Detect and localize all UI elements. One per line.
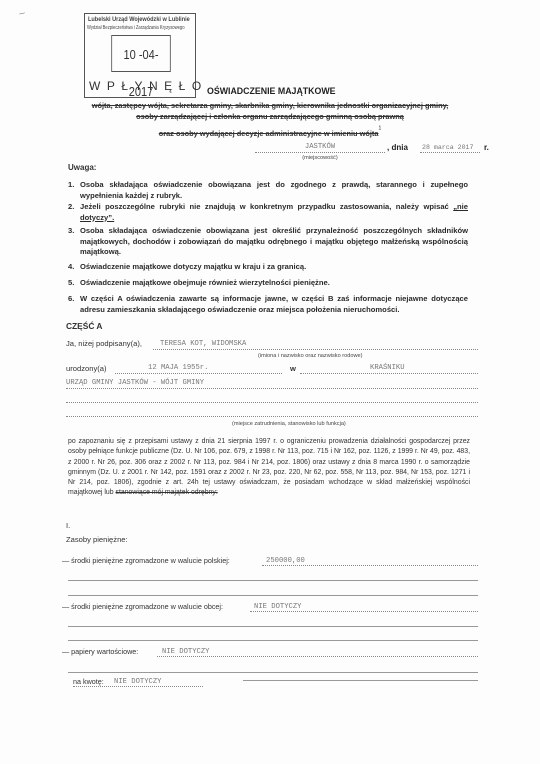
legal-paragraph: po zapoznaniu się z przepisami ustawy z … bbox=[68, 437, 470, 499]
received-stamp: Lubelski Urząd Wojewódzki w Lublinie Wyd… bbox=[84, 13, 196, 98]
date-suffix: r. bbox=[484, 143, 489, 152]
signatory-label: Ja, niżej podpisany(a), bbox=[66, 339, 142, 348]
subtitle-line-2: osoby zarządzającej i członka organu zar… bbox=[0, 112, 540, 121]
notes-heading: Uwaga: bbox=[68, 163, 96, 172]
amount-value: NIE DOTYCZY bbox=[114, 678, 161, 686]
note-3: 3. Osoba składająca oświadczenie obowiąz… bbox=[68, 226, 468, 258]
place-caption: (miejscowość) bbox=[255, 155, 385, 161]
born-in-label: w bbox=[290, 364, 296, 373]
section-i-heading: I. bbox=[66, 521, 70, 530]
date-value: 28 marca 2017 bbox=[422, 144, 473, 151]
securities-label: — papiery wartościowe: bbox=[62, 647, 138, 656]
born-date: 12 MAJA 1955r. bbox=[148, 364, 208, 372]
document-title: OŚWIADCZENIE MAJĄTKOWE bbox=[207, 86, 336, 96]
born-label: urodzony(a) bbox=[66, 364, 107, 373]
stamp-received: WPŁYNĘŁO bbox=[89, 79, 208, 93]
section-i-title: Zasoby pieniężne: bbox=[66, 535, 128, 544]
pln-label: — środki pieniężne zgromadzone w walucie… bbox=[62, 556, 230, 565]
stamp-date: 10 -04- 2017 bbox=[111, 35, 171, 72]
subtitle-line-3-wrap: oraz osoby wydającej decyzje administrac… bbox=[0, 123, 540, 141]
date-prefix: , dnia bbox=[387, 143, 408, 152]
foreign-label: — środki pieniężne zgromadzone w walucie… bbox=[62, 602, 223, 611]
employment-value: URZĄD GMINY JASTKÓW - WÓJT GMINY bbox=[66, 379, 204, 387]
note-4: 4. Oświadczenie majątkowe dotyczy majątk… bbox=[68, 262, 468, 273]
part-a-heading: CZĘŚĆ A bbox=[66, 321, 102, 331]
signatory-value: TERESA KOT, WIDOMSKA bbox=[160, 340, 246, 348]
amount-label: na kwotę: bbox=[73, 677, 104, 686]
note-1: 1. Osoba składająca oświadczenie obowiąz… bbox=[68, 180, 468, 201]
corner-pen-mark: ~ bbox=[18, 7, 27, 20]
stamp-department: Wydział Bezpieczeństwa i Zarządzania Kry… bbox=[87, 25, 185, 31]
pln-value: 250000,00 bbox=[266, 557, 305, 565]
note-6: 6. W części A oświadczenia zawarte są in… bbox=[68, 294, 468, 315]
subtitle-line-3: oraz osoby wydającej decyzje administrac… bbox=[159, 129, 379, 138]
foreign-value: NIE DOTYCZY bbox=[254, 603, 301, 611]
place-value: JASTKÓW bbox=[255, 143, 385, 151]
subtitle-line-1: wójta, zastępcy wójta, sekretarza gminy,… bbox=[0, 101, 540, 110]
note-5: 5. Oświadczenie majątkowe obejmuje równi… bbox=[68, 278, 468, 289]
stamp-office: Lubelski Urząd Wojewódzki w Lublinie bbox=[88, 16, 190, 23]
employment-caption: (miejsce zatrudnienia, stanowisko lub fu… bbox=[232, 421, 346, 427]
footnote-marker: 1 bbox=[378, 126, 381, 132]
born-place: KRAŚNIKU bbox=[370, 364, 405, 372]
signatory-caption: (imiona i nazwisko oraz nazwisko rodowe) bbox=[258, 353, 362, 359]
struck-phrase: stanowiące mój majątek odrębny: bbox=[116, 489, 218, 496]
securities-value: NIE DOTYCZY bbox=[162, 648, 209, 656]
note-2: 2. Jeżeli poszczególne rubryki nie znajd… bbox=[68, 202, 468, 223]
